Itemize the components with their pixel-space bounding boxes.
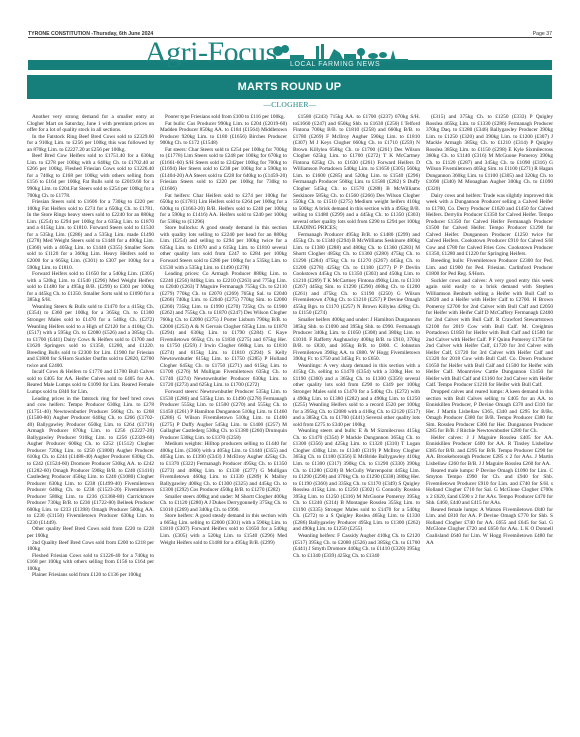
article-paragraph: Reared female lumps: A Watson Fivemileto…: [426, 507, 553, 546]
article-paragraph: Breeding bulls: Fivemiletown Producer £2…: [426, 258, 553, 278]
article-paragraph: Plainer Friesians sold from £120 to £136…: [27, 572, 154, 579]
masthead-subtitle: LOCAL FARMING NEWS: [290, 61, 380, 68]
farm-skyline-icon: [268, 43, 408, 61]
article-paragraph: Forward Heifers sold to £1650 for a 540k…: [27, 271, 154, 304]
column-3: £1580 (£243) 715kg AA. to £1700 (£237) 6…: [293, 114, 420, 733]
mart-location-heading: —CLOGHER—: [0, 100, 580, 109]
article-paragraph: Another very strong demand for a smaller…: [27, 114, 154, 134]
article-paragraph: 2nd Quality Beef Bred Cows sold from £20…: [27, 540, 154, 553]
article-paragraph: (£315) and 375kg Ch. to £1250 (£333) P Q…: [426, 114, 553, 193]
article-paragraph: Smaller heifers 400kg and under: J Hamil…: [293, 317, 420, 363]
article-paragraph: Store bullocks: A good steady demand in …: [160, 225, 287, 271]
article-paragraph: Fat steers: Char Steers sold to £254 per…: [160, 147, 287, 193]
column-1: Another very strong demand for a smaller…: [27, 114, 154, 733]
article-paragraph: Beef Bred Cow Heifers sold to £1751.40 f…: [27, 153, 154, 199]
masthead: Agri-Focus LOCAL FARMING NEWS: [28, 38, 552, 70]
column-2: Poorer type Friesians sold from £100 to …: [160, 114, 287, 733]
article-paragraph: Weanlings: A very sharp demand in this s…: [293, 363, 420, 428]
article-paragraph: Smaller steers 400kg and under: M Shortt…: [160, 494, 287, 514]
article-paragraph: In the Fatstock Ring Beef Bred Cows sold…: [27, 134, 154, 154]
article-paragraph: Friesian Steers sold to £1606 for a 730k…: [27, 199, 154, 271]
article-paragraph: Weanling Steers & Bulls sold to £1470 fo…: [27, 304, 154, 369]
article-paragraph: Fat bulls: Cos Producer 990kg Lim. to £2…: [160, 121, 287, 147]
article-paragraph: Dropped calves and reared lumps: A keen …: [426, 389, 553, 435]
article-paragraph: Fleshed Friesian Cows sold to £1226-40 f…: [27, 553, 154, 573]
article-paragraph: Weanling steers and bulls: E & M Sizmile…: [293, 428, 420, 533]
article-paragraph: £1580 (£243) 715kg AA. to £1700 (£237) 6…: [293, 114, 420, 232]
article-paragraph: Other quality Beef Bred Cows sold from £…: [27, 526, 154, 539]
article-paragraph: Dairy cows and heifers: Trade was slight…: [426, 193, 553, 258]
section-banner: MARTS ROUND UP: [27, 75, 552, 99]
column-4: (£315) and 375kg Ch. to £1250 (£333) P Q…: [426, 114, 553, 733]
article-paragraph: Leading prices: Co Armagh Producer 880kg…: [160, 271, 287, 389]
article-columns: Another very strong demand for a smaller…: [27, 114, 553, 733]
article-paragraph: Suckler cows and calves: A very good ent…: [426, 278, 553, 389]
article-paragraph: Medium weights: Hilltop producers sellin…: [160, 441, 287, 493]
masthead-title: Agri-Focus: [145, 39, 277, 68]
article-paragraph: Heifer calves: J J Maguire Rosslea £405 …: [426, 435, 553, 468]
running-header: TYRONE CONSTITUTION -Thursday, 6th June …: [28, 29, 552, 37]
article-paragraph: Weanling heifers: F Cassidy Augher 410kg…: [293, 533, 420, 559]
article-paragraph: Incalf Cows & Heifers to £1770 and £1700…: [27, 369, 154, 395]
article-paragraph: Reared male lumps: P Devine Omagh £1090 …: [426, 468, 553, 507]
article-paragraph: Leading prices in the fatstock ring for …: [27, 396, 154, 527]
article-paragraph: Fat heifers: Char Heifers sold to £274 p…: [160, 193, 287, 226]
article-paragraph: Forward steers: Newtownbutler Producer 5…: [160, 389, 287, 441]
article-paragraph: Store heifers: A good steady demand in t…: [160, 513, 287, 546]
article-paragraph: Fermanagh Producer 495kg B/B. to £1480 (…: [293, 232, 420, 317]
article-paragraph: Poorer type Friesians sold from £100 to …: [160, 114, 287, 121]
